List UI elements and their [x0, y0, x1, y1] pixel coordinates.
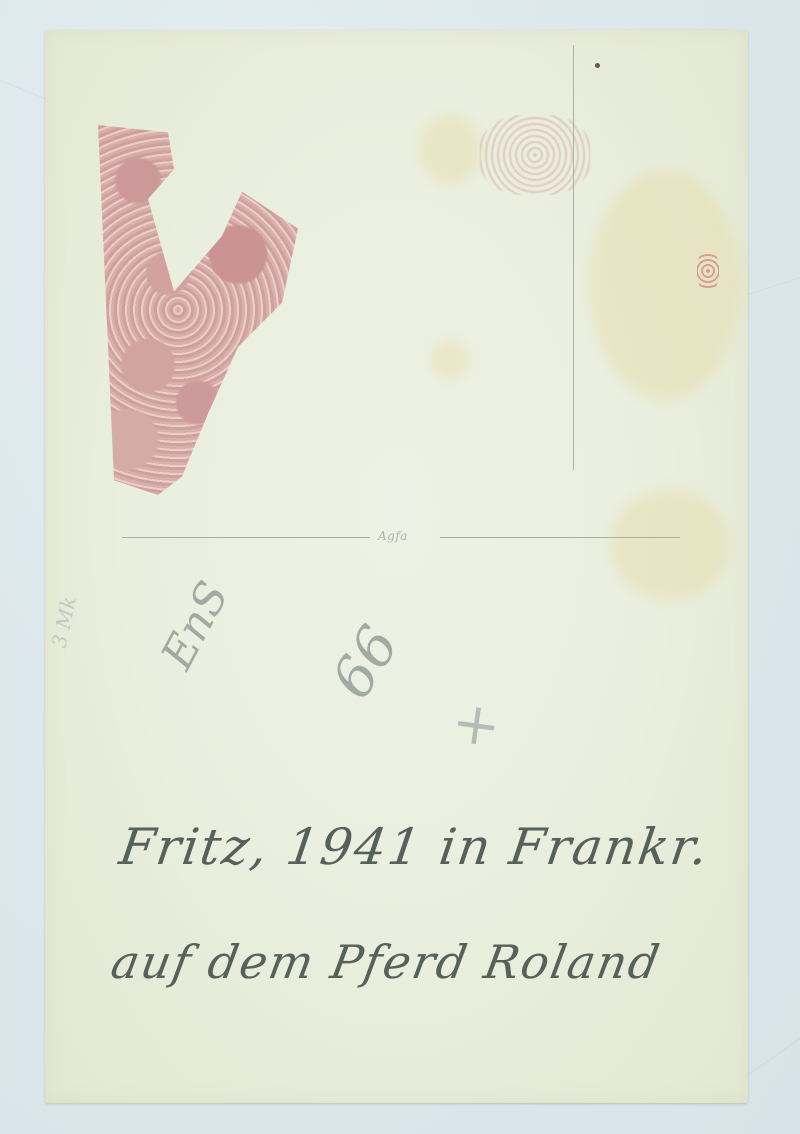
- age-stain: [430, 340, 470, 380]
- stamp-residue: [697, 252, 719, 290]
- address-divider-right: [440, 537, 680, 538]
- address-divider-vertical: [573, 45, 574, 470]
- handwritten-caption-line-1: Fritz, 1941 in Frankr.: [116, 818, 713, 876]
- pencil-cross-mark: +: [448, 687, 506, 761]
- marble-vein: [740, 1028, 800, 1080]
- age-stain: [420, 115, 480, 185]
- handwritten-caption-line-2: auf dem Pferd Roland: [107, 935, 665, 989]
- address-divider-left: [122, 537, 370, 538]
- printed-brand-mark: Agfa: [378, 529, 408, 543]
- age-stain: [610, 490, 730, 600]
- age-stain: [590, 170, 740, 400]
- ink-dot: [595, 63, 600, 68]
